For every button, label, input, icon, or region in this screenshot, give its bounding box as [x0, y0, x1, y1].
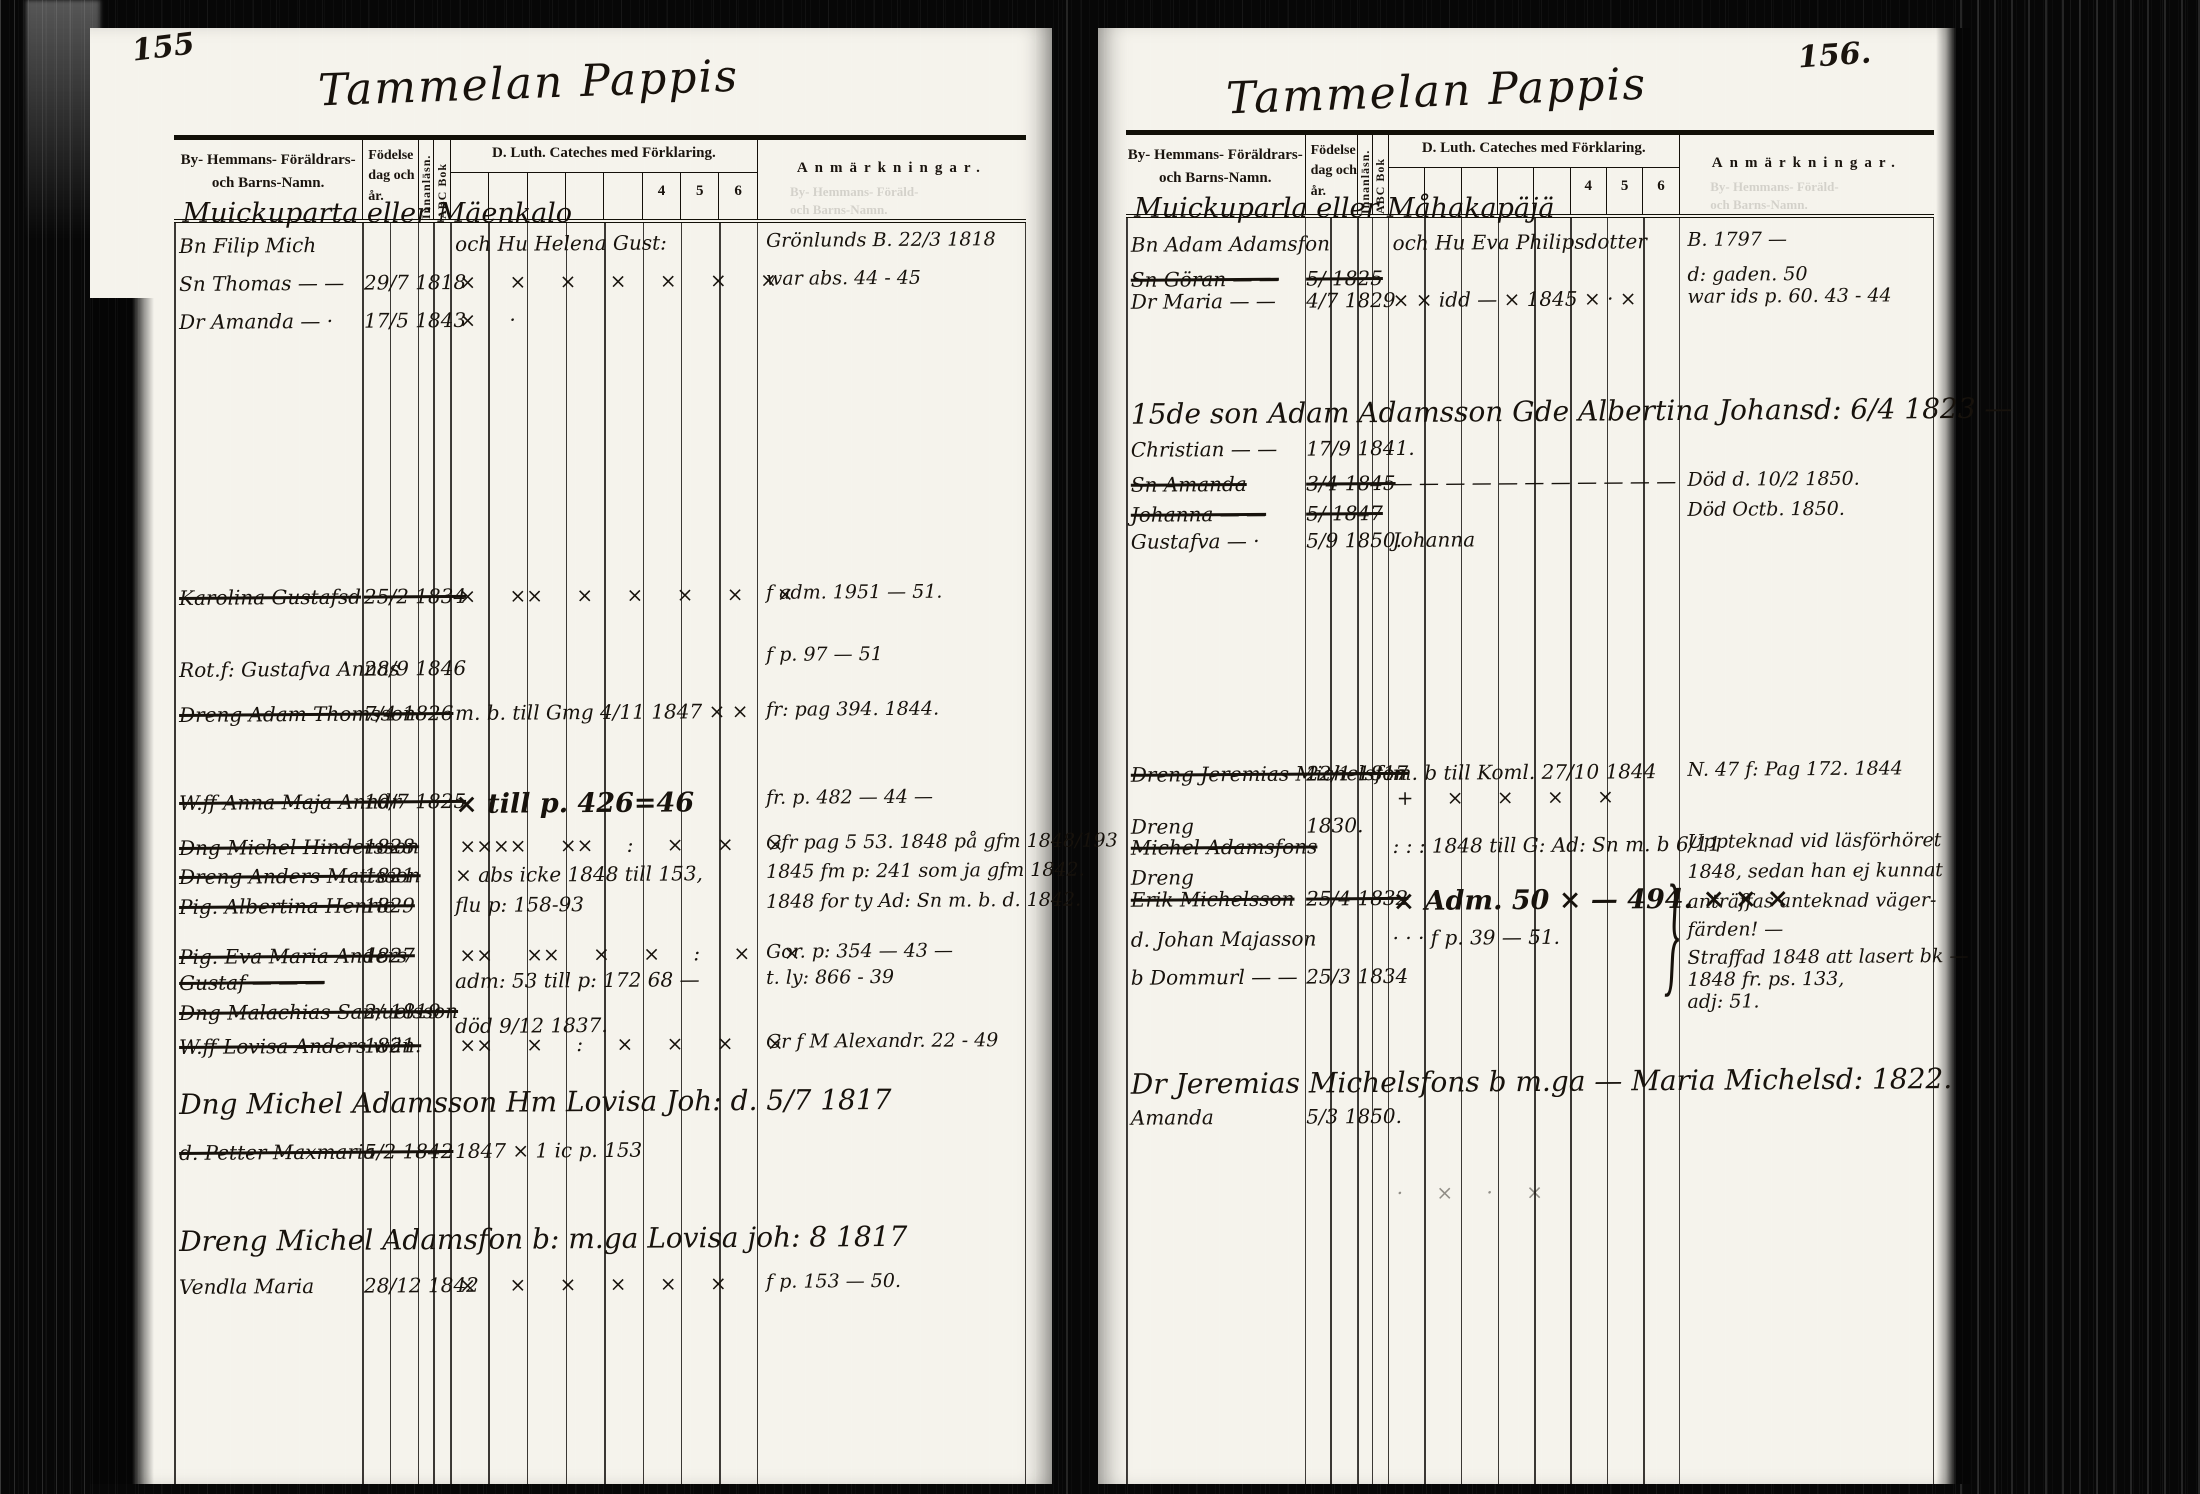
entry-name: Dng Michel Hindersson	[179, 835, 375, 860]
entry-name: Sn Amanda	[1131, 471, 1317, 496]
village-name-script: Muickuparta eller Mäenkalo	[183, 198, 831, 229]
entry-name: Bn Adam Adamsfon	[1131, 231, 1317, 256]
column-names-label: och Barns-Namn.	[1126, 167, 1305, 190]
entry-remark: war ids p. 60. 43 - 44	[1687, 284, 1934, 308]
register-entry: Bn Filip Michoch Hu Helena Gust:Grönlund…	[174, 228, 1026, 266]
register-page-right: 156. Tammelan Pappis By- Hemmans- Föräld…	[1098, 28, 1970, 1484]
entry-name: Gustaf — — —	[179, 970, 375, 995]
entry-remark: war abs. 44 - 45	[766, 266, 1026, 290]
entry-marks: × ·	[459, 306, 757, 332]
entry-name: Pig. Albertina Henric	[179, 894, 375, 919]
register-entry: W.ff Lovisa Anders wän1821.×× × : × × × …	[174, 1029, 1026, 1067]
entry-name: d. Petter Maxmaria	[179, 1140, 375, 1165]
entry-remark: fr. p. 482 — 44 —	[766, 785, 1026, 809]
column-names-label: och Barns-Namn.	[174, 172, 362, 195]
entry-notation: adm: 53 till p: 172 68 —	[455, 967, 762, 993]
entry-marks: ×××× ×× : × × ×	[459, 832, 757, 858]
entry-name: Dreng Anders Mattsson	[179, 864, 375, 889]
binding-fold	[1066, 0, 1068, 1494]
entry-remark: Grönlunds B. 22/3 1818	[766, 228, 1026, 252]
entry-remark: Gor. p: 354 — 43 —	[766, 939, 1026, 963]
entry-remark: 1848 for ty Ad: Sn m. b. d. 1842.	[766, 889, 1026, 913]
entry-name: Pig. Eva Maria Anders	[179, 944, 375, 969]
register-entry: Dreng Michel Adamsfon b: m.ga Lovisa joh…	[174, 1219, 1026, 1257]
column-birthdate-label: dag och	[1311, 161, 1355, 181]
entry-marks: × × × × × × ×	[459, 268, 757, 294]
entry-name: Dreng Jeremias Michelsfon	[1131, 761, 1317, 786]
entry-remark: N. 47 f: Pag 172. 1844	[1687, 757, 1934, 781]
entry-remark: fr: pag 394. 1844.	[766, 697, 1026, 721]
register-entries: Bn Adam Adamsfonoch Hu Eva Philipsdotter…	[1126, 130, 1934, 1484]
entry-notation: flu p: 158-93	[455, 891, 762, 917]
entry-text: Dng Michel Adamsson Hm Lovisa Joh: d. 5/…	[179, 1082, 1023, 1121]
entry-name: Gustafva — ·	[1131, 528, 1317, 553]
entry-name: Amanda	[1131, 1104, 1317, 1129]
entry-marks: ×× × : × × × ×	[459, 1031, 757, 1057]
register-entry: Karolina Gustafsd25/2 1834× ×× × × × × ×…	[174, 580, 1026, 618]
page-edge-shadow	[1936, 28, 1970, 1484]
entry-text: Dreng Michel Adamsfon b: m.ga Lovisa joh…	[179, 1219, 1023, 1258]
register-entry: Amanda5/3 1850.	[1126, 1100, 1934, 1138]
entry-birthdate: 5/ 1825	[1306, 266, 1419, 291]
column-birthdate-label: Födelse	[1311, 141, 1355, 161]
column-catechesis-label: D. Luth. Cateches med Förklaring.	[1389, 135, 1679, 168]
entry-remark: t. ly: 866 - 39	[766, 965, 1026, 989]
table-header: By- Hemmans- Föräldrars- och Barns-Namn.…	[1126, 130, 1934, 218]
register-entry: Bn Adam Adamsfonoch Hu Eva Philipsdotter…	[1126, 227, 1934, 265]
column-remarks-label: Anmärkningar.	[1680, 155, 1934, 172]
register-entry: d. Petter Maxmaria5/2 18421847 × 1 ic p.…	[174, 1135, 1026, 1173]
entry-name: Karolina Gustafsd	[179, 585, 375, 610]
entry-notation: och Hu Helena Gust:	[455, 230, 762, 256]
column-names-label: By- Hemmans- Föräldrars-	[174, 149, 362, 172]
register-table: By- Hemmans- Föräldrars- och Barns-Namn.…	[174, 135, 1026, 1484]
entry-remark: Död Octb. 1850.	[1687, 497, 1934, 521]
film-blotch	[26, 0, 100, 240]
entry-notation: m. b. till Gmg 4/11 1847 × ×	[455, 699, 762, 725]
entry-notation: × abs icke 1848 till 153,	[455, 861, 762, 887]
entry-name: Christian — —	[1131, 436, 1317, 461]
entry-remark: Uppteknad vid läsförhöret	[1687, 829, 1934, 853]
entry-name: Rot.f: Gustafva Annas	[179, 657, 375, 682]
village-name-script: Muickuparla eller Måhakapäjä	[1134, 193, 1748, 224]
entry-marks: + × × × ×	[1397, 784, 1680, 810]
entry-birthdate: 5/3 1850.	[1306, 1104, 1419, 1129]
entry-notation: × till p. 426=46	[455, 787, 762, 820]
entry-remark: f p. 153 — 50.	[766, 1269, 1026, 1293]
column-birthdate-label: dag och	[368, 166, 414, 186]
entry-remark: d: gaden. 50	[1687, 262, 1934, 286]
entry-name: Sn Thomas — —	[179, 271, 375, 296]
register-entries: Bn Filip Michoch Hu Helena Gust:Grönlund…	[174, 135, 1026, 1484]
column-birthdate-label: Födelse	[368, 146, 414, 166]
register-entry: Pig. Albertina Henric1829flu p: 158-9318…	[174, 889, 1026, 927]
column-remarks-label: Anmärkningar.	[758, 160, 1026, 177]
entry-birthdate: 17/9 1841.	[1306, 436, 1419, 461]
register-entry: · × · ×	[1126, 1177, 1934, 1215]
register-entry: Dr Maria — —4/7 1829× × idd — × 1845 × ·…	[1126, 284, 1934, 322]
entry-name: Dr Amanda — ·	[179, 309, 375, 334]
register-entry: Sn Thomas — —29/7 1818× × × × × × ×war a…	[174, 266, 1026, 304]
register-table: By- Hemmans- Föräldrars- och Barns-Namn.…	[1126, 130, 1934, 1484]
entry-name: Johanna — —	[1131, 501, 1317, 526]
entry-name: Bn Filip Mich	[179, 233, 375, 258]
register-entry: Dng Michel Adamsson Hm Lovisa Joh: d. 5/…	[174, 1082, 1026, 1120]
page-number: 156.	[1797, 35, 1872, 75]
entry-marks: × ×× × × × × ×	[459, 582, 757, 608]
entry-name: W.ff Anna Maja Anndr	[179, 790, 375, 815]
register-entry: adj: 51.	[1126, 989, 1934, 1027]
entry-birthdate: 28/9 1846	[364, 656, 483, 681]
entry-remark: Gfr pag 5 53. 1848 på gfm 1848/193	[766, 830, 1026, 854]
entry-notation: × × idd — × 1845 × · ×	[1393, 286, 1684, 312]
entry-remark: f adm. 1951 — 51.	[766, 580, 1026, 604]
entry-name: W.ff Lovisa Anders wän	[179, 1034, 375, 1059]
register-entry: Rot.f: Gustafva Annas28/9 1846	[174, 652, 1026, 690]
entry-remark: Gr f M Alexandr. 22 - 49	[766, 1029, 1026, 1053]
page-title-script: Tammelan Pappis	[317, 51, 740, 117]
register-entry: Dr Jeremias Michelsfons b m.ga — Maria M…	[1126, 1062, 1934, 1100]
register-entry: Vendla Maria28/12 1842× × × × × ×f p. 15…	[174, 1269, 1026, 1307]
entry-remark: anträffas anteknad väger-	[1687, 889, 1934, 913]
entry-marks: · × · ×	[1397, 1179, 1680, 1205]
entry-remark: Död d. 10/2 1850.	[1687, 467, 1934, 491]
table-header: By- Hemmans- Föräldrars- och Barns-Namn.…	[174, 135, 1026, 223]
entry-notation: — — — — — — — — — — —	[1393, 469, 1684, 495]
entry-text: 15de son Adam Adamsson Gde Albertina Joh…	[1131, 392, 1931, 431]
register-page-left: 155 Tammelan Pappis By- Hemmans- Föräldr…	[90, 28, 1052, 1484]
column-names-label: By- Hemmans- Föräldrars-	[1126, 144, 1305, 167]
register-entry: Christian — —17/9 1841.	[1126, 432, 1934, 470]
entry-remark: B. 1797 —	[1687, 227, 1934, 251]
entry-marks: × × × × × ×	[459, 1271, 757, 1297]
entry-marks: ×× ×× × × : × ×	[459, 941, 757, 967]
entry-notation: m. b till Koml. 27/10 1844	[1393, 759, 1684, 785]
entry-remark: adj: 51.	[1687, 989, 1934, 1013]
entry-name: d. Johan Majasson	[1131, 926, 1317, 951]
register-entry: 15de son Adam Adamsson Gde Albertina Joh…	[1126, 392, 1934, 430]
entry-name: Dreng Adam Thomsson	[179, 702, 375, 727]
entry-text: Dr Jeremias Michelsfons b m.ga — Maria M…	[1131, 1062, 1931, 1101]
entry-notation: Johanna	[1393, 526, 1684, 552]
column-catechesis-label: D. Luth. Cateches med Förklaring.	[451, 140, 757, 173]
register-entry: Dreng Adam Thomsson7/4 1826m. b. till Gm…	[174, 697, 1026, 735]
register-entry: Dr Amanda — ·17/5 1843× ·	[174, 304, 1026, 342]
entry-birthdate: 5/ 1847	[1306, 501, 1419, 526]
film-scratches-right	[1960, 0, 2200, 1494]
entry-name: Dr Maria — —	[1131, 288, 1317, 313]
register-entry: W.ff Anna Maja Anndr10/7 1825× till p. 4…	[174, 785, 1026, 823]
page-number: 155	[130, 26, 196, 68]
microfilm-scan: 155 Tammelan Pappis By- Hemmans- Föräldr…	[0, 0, 2200, 1494]
entry-remark: 1845 fm p: 241 som ja gfm 1842.	[766, 859, 1026, 883]
register-entry: Gustafva — ·5/9 1850.Johanna	[1126, 524, 1934, 562]
binding-shadow	[90, 298, 154, 1484]
page-title-script: Tammelan Pappis	[1225, 59, 1648, 125]
entry-notation: · · · f p. 39 — 51.	[1393, 924, 1684, 950]
entry-name: Vendla Maria	[179, 1274, 375, 1299]
entry-notation: 1847 × 1 ic p. 153	[455, 1137, 762, 1163]
entry-notation: och Hu Eva Philipsdotter	[1393, 229, 1684, 255]
entry-remark: 1848 fr. ps. 133,	[1687, 967, 1934, 991]
